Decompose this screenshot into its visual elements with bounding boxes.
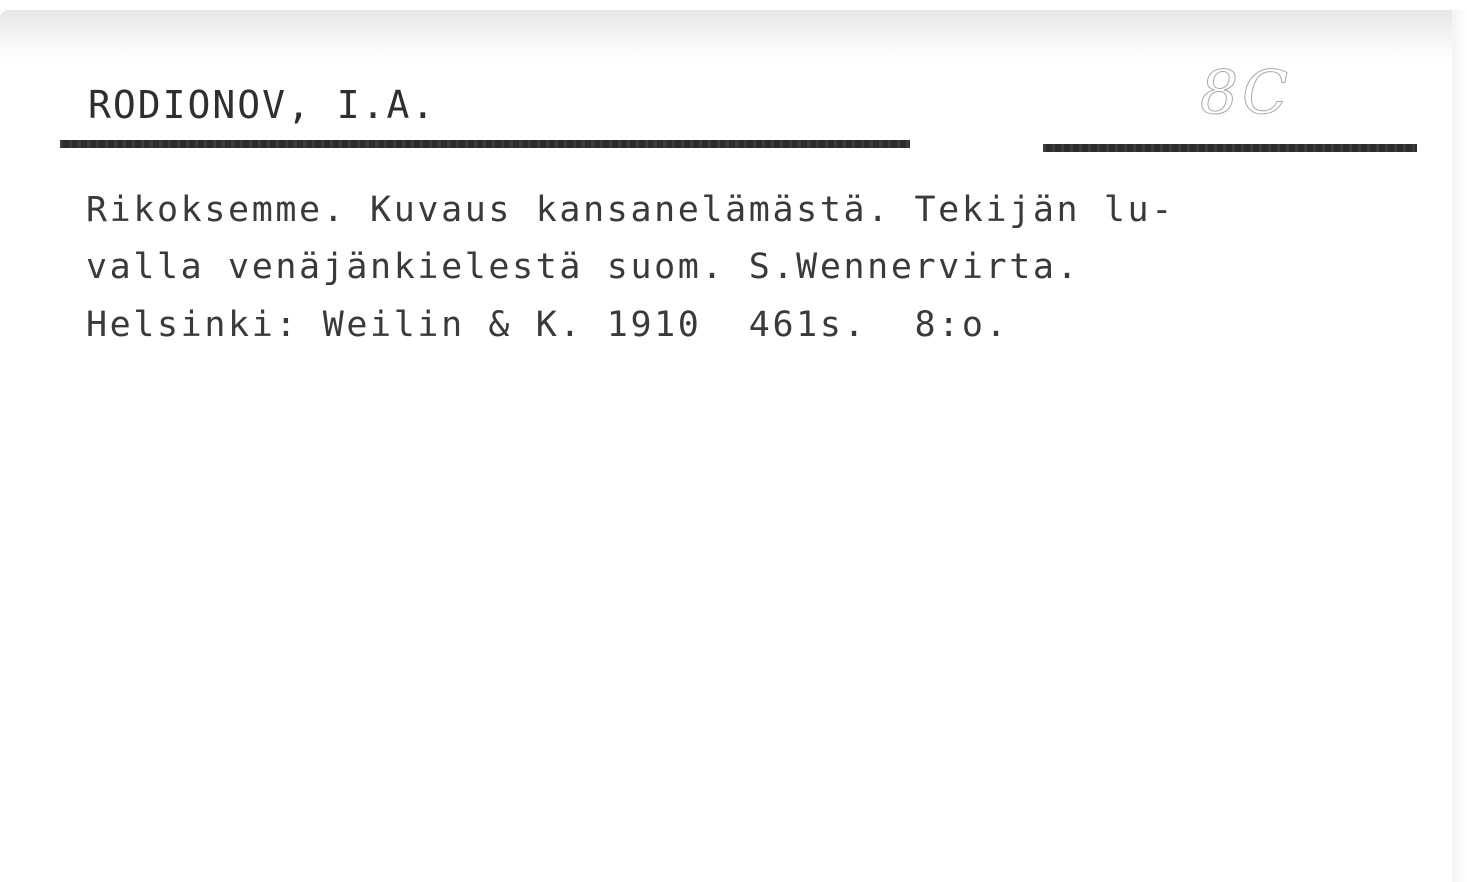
translation-line: valla venäjänkielestä suom. S.Wennervirt… xyxy=(86,247,1080,287)
author-heading: RODIONOV, I.A. xyxy=(88,83,436,127)
card-right-edge xyxy=(1452,10,1467,882)
imprint-line: Helsinki: Weilin & K. 1910 461s. 8:o. xyxy=(86,305,1009,345)
shelfmark-handwritten: 8C xyxy=(1200,58,1292,128)
shelfmark-underline xyxy=(1043,144,1417,152)
card-edge-shadow xyxy=(0,10,1455,60)
catalog-card: RODIONOV, I.A. 8C Rikoksemme. Kuvaus kan… xyxy=(0,0,1467,882)
heading-underline xyxy=(60,140,910,148)
title-line: Rikoksemme. Kuvaus kansanelämästä. Tekij… xyxy=(86,190,1175,230)
